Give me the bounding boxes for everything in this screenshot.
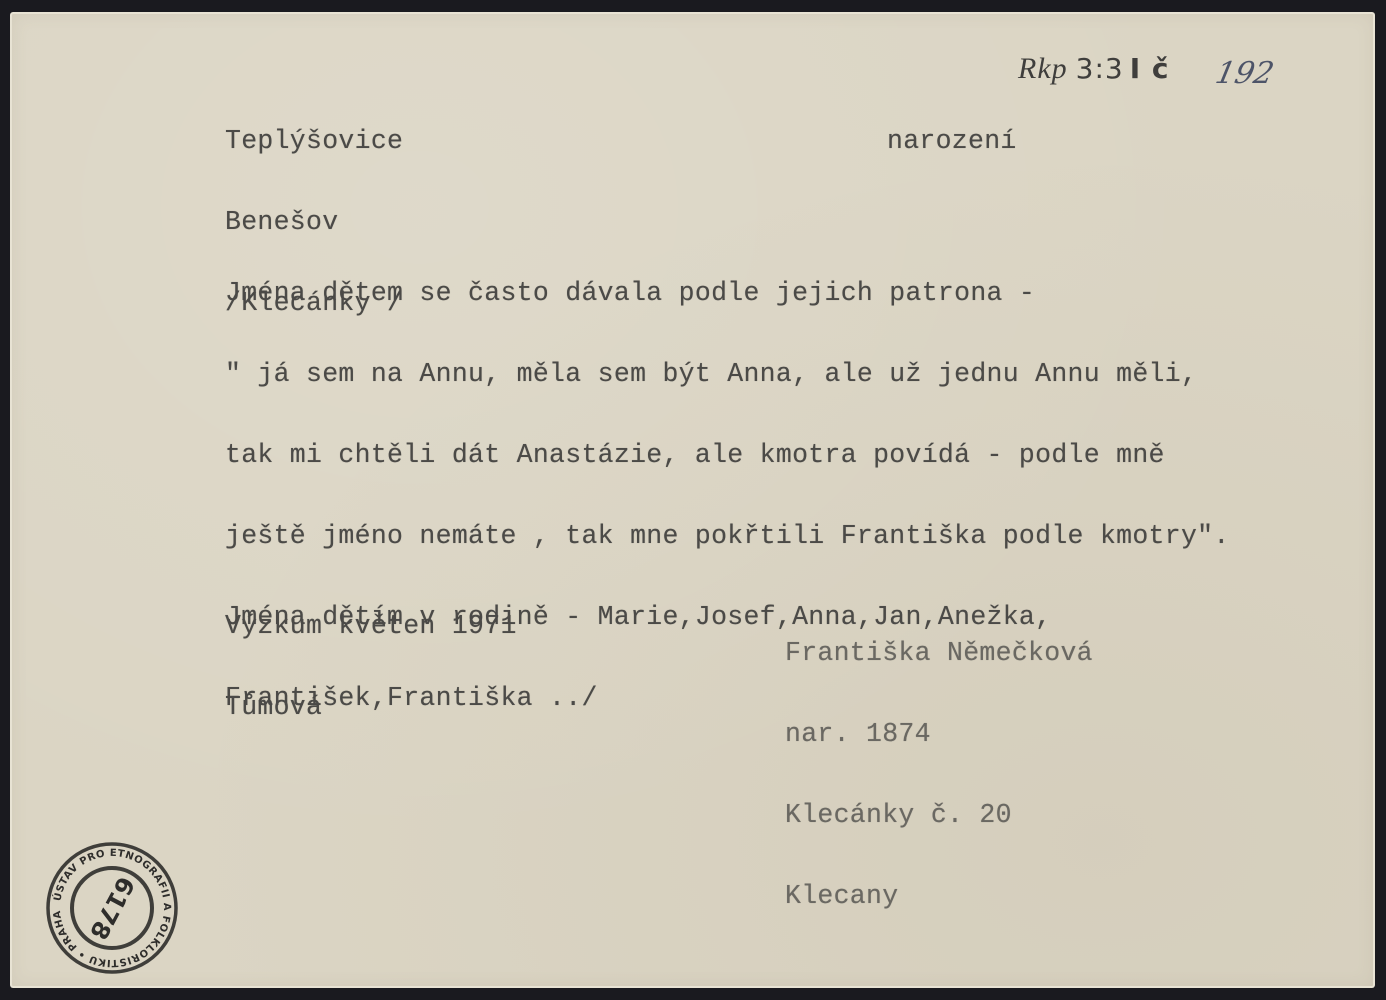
body-line: " já sem na Annu, měla sem být Anna, ale… — [225, 361, 1230, 388]
location-village: Teplýšovice — [225, 128, 403, 155]
informant-birth: nar. 1874 — [785, 721, 1093, 748]
stamp-center-number: 6178 — [84, 872, 140, 944]
research-block: Výzkum květen 1971 Tůmová — [225, 559, 517, 775]
reference-prefix: Rkp — [1018, 52, 1068, 85]
informant-parish: Klecany — [785, 883, 1093, 910]
institute-stamp: ÚSTAV PRO ETNOGRAFII A FOLKLORISTIKU • P… — [44, 840, 180, 976]
informant-block: Františka Němečková nar. 1874 Klecánky č… — [785, 586, 1093, 964]
informant-address: Klecánky č. 20 — [785, 802, 1093, 829]
reference-number: 3:3 — [1076, 52, 1124, 85]
research-date: Výzkum květen 1971 — [225, 613, 517, 640]
body-line: Jména dětem se často dávala podle jejich… — [225, 280, 1230, 307]
researcher-name: Tůmová — [225, 694, 517, 721]
index-card: Rkp3:3I č 192 Teplýšovice Benešov /Klecá… — [10, 12, 1375, 988]
archive-reference: Rkp3:3I č — [1018, 52, 1169, 86]
body-line: ještě jméno nemáte , tak mne pokřtili Fr… — [225, 523, 1230, 550]
body-line: tak mi chtěli dát Anastázie, ale kmotra … — [225, 442, 1230, 469]
informant-name: Františka Němečková — [785, 640, 1093, 667]
topic-heading: narození — [887, 128, 1017, 155]
handwritten-number: 192 — [1212, 56, 1277, 91]
reference-series: I č — [1130, 52, 1170, 85]
